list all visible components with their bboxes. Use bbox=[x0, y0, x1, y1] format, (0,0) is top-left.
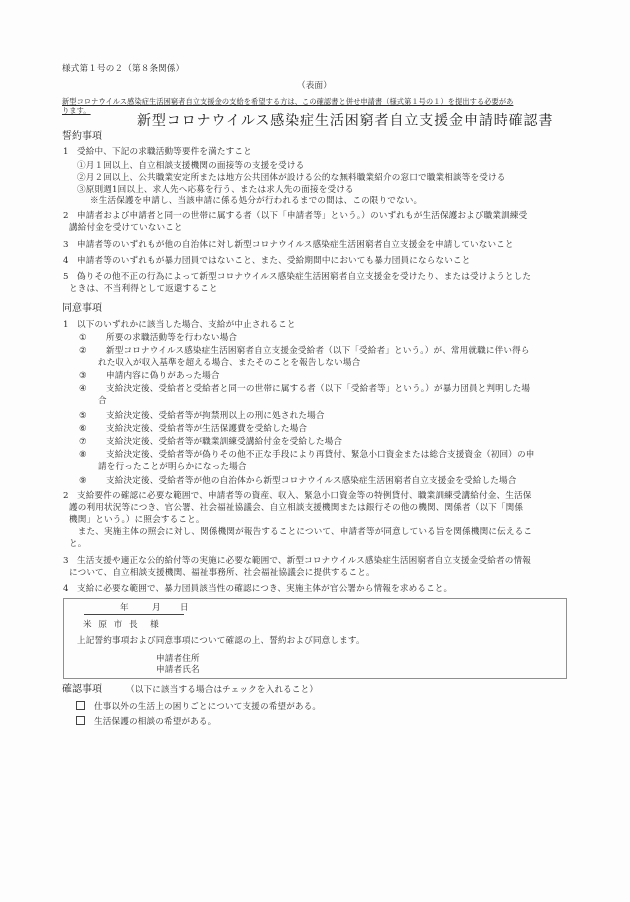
form-number: 様式第１号の２（第８条関係） bbox=[62, 64, 184, 75]
checkbox-item-1[interactable]: 仕事以外の生活上の困りごとについて支援の希望がある。 bbox=[76, 701, 321, 713]
consent-sub-7: 支給決定後、受給者等が職業訓練受講給付金を受給した場合 bbox=[106, 437, 342, 448]
consent-sub-2-mark: ② bbox=[79, 346, 87, 357]
pledge-item-1-num: 1 bbox=[63, 147, 69, 158]
applicant-address-label: 申請者住所 bbox=[156, 654, 200, 665]
consent-item-4-num: 4 bbox=[63, 584, 69, 595]
checkbox-2[interactable] bbox=[76, 716, 85, 725]
consent-item-2-line-4: また、実施主体の照会に対し、関係機関が報告することについて、申請者等が同意してい… bbox=[69, 527, 532, 538]
consent-sub-7-mark: ⑦ bbox=[79, 437, 87, 448]
consent-sub-8-line-1: 支給決定後、受給者等が偽りその他不正な手段により再貸付、緊急小口資金または総合支… bbox=[106, 450, 534, 461]
pledge-item-5-line-1: 偽りその他不正の行為によって新型コロナウイルス感染症生活困窮者自立支援金を受けた… bbox=[77, 272, 531, 283]
applicant-name-label: 申請者氏名 bbox=[156, 665, 200, 676]
consent-item-3-num: 3 bbox=[63, 556, 69, 567]
notice-line-2: ります。 bbox=[62, 106, 91, 115]
consent-sub-2-line-2: れた収入が収入基準を超える場合、またそのことを報告しない場合 bbox=[98, 358, 360, 369]
pledge-item-3: 申請者等のいずれもが他の自治体に対し新型コロナウイルス感染症生活困窮者自立支援金… bbox=[77, 240, 514, 251]
signature-box: 年 月 日 米 原 市 長 様 上記誓約事項および同意事項について確認の上、誓約… bbox=[63, 598, 567, 679]
pledge-item-1-sub-3: ③原則週1回以上、求人先へ応募を行う、または求人先の面接を受ける bbox=[77, 185, 354, 196]
consent-sub-9: 支給決定後、受給者等が他の自治体から新型コロナウイルス感染症生活困窮者自立支援金… bbox=[106, 476, 516, 487]
pledge-item-2-line-1: 申請者および申請者と同一の世帯に属する者（以下「申請者等」という。）のいずれもが… bbox=[77, 211, 527, 222]
consent-item-2-line-2: 護の利用状況等につき、官公署、社会福祉協議会、自立相談支援機関または銀行その他の… bbox=[69, 503, 523, 514]
pledge-item-3-num: 3 bbox=[63, 240, 69, 251]
confirmation-instruction: （以下に該当する場合はチェックを入れること） bbox=[126, 685, 318, 696]
confirmation-heading: 確認事項 bbox=[62, 684, 102, 696]
consent-sub-4-line-2: 合 bbox=[98, 396, 107, 407]
pledge-item-2-line-2: 講給付金を受けていないこと bbox=[69, 223, 183, 234]
consent-sub-8-mark: ⑧ bbox=[79, 450, 87, 461]
pledge-item-1: 受給中、下記の求職活動等要件を満たすこと bbox=[77, 147, 252, 158]
side-label: （表面） bbox=[297, 81, 332, 92]
pledge-item-4: 申請者等のいずれもが暴力団員ではないこと、また、受給期間中においても暴力団員にな… bbox=[77, 256, 470, 267]
consent-sub-9-mark: ⑨ bbox=[79, 476, 87, 487]
consent-sub-1: 所要の求職活動等を行わない場合 bbox=[106, 333, 237, 344]
checkbox-1[interactable] bbox=[76, 701, 85, 710]
date-year-label: 年 bbox=[120, 603, 129, 614]
consent-sub-2-line-1: 新型コロナウイルス感染症生活困窮者自立支援金受給者（以下「受給者」という。）が、… bbox=[106, 346, 530, 357]
consent-item-2-line-1: 支給要件の確認に必要な範囲で、申請者等の資産、収入、緊急小口資金等の特例貸付、職… bbox=[77, 491, 532, 502]
date-field[interactable]: 年 月 日 bbox=[84, 603, 184, 615]
consent-sub-3-mark: ③ bbox=[79, 371, 87, 382]
document-title: 新型コロナウイルス感染症生活困窮者自立支援金申請時確認書 bbox=[137, 113, 553, 129]
consent-heading: 同意事項 bbox=[62, 303, 102, 315]
consent-item-2-num: 2 bbox=[63, 491, 69, 502]
consent-item-1-num: 1 bbox=[63, 320, 69, 331]
pledge-item-1-sub-1: ①月１回以上、自立相談支援機関の面接等の支援を受ける bbox=[77, 161, 304, 172]
addressee: 米 原 市 長 様 bbox=[83, 620, 161, 631]
pledge-item-2-num: 2 bbox=[63, 211, 69, 222]
consent-item-3-line-1: 生活支援や適正な公的給付等の実施に必要な範囲で、新型コロナウイルス感染症生活困窮… bbox=[77, 556, 531, 567]
date-month-label: 月 bbox=[152, 603, 161, 614]
consent-sub-8-line-2: 請を行ったことが明らかになった場合 bbox=[98, 462, 247, 473]
pledge-item-1-sub-2: ②月２回以上、公共職業安定所または地方公共団体が設ける公的な無料職業紹介の窓口で… bbox=[77, 173, 505, 184]
checkbox-item-2[interactable]: 生活保護の相談の希望がある。 bbox=[76, 716, 216, 728]
pledge-item-4-num: 4 bbox=[63, 256, 69, 267]
consent-item-3-line-2: について、自立相談支援機関、福祉事務所、社会福祉協議会に提供すること。 bbox=[69, 568, 375, 579]
consent-sub-3: 申請内容に偽りがあった場合 bbox=[106, 371, 220, 382]
consent-sub-4-mark: ④ bbox=[79, 384, 87, 395]
consent-sub-6: 支給決定後、受給者等が生活保護費を受給した場合 bbox=[106, 424, 307, 435]
pledge-item-5-line-2: ときは、不当利得として返還すること bbox=[69, 284, 218, 295]
consent-item-2-line-3: 機関」という。）に照会すること。 bbox=[69, 515, 205, 526]
consent-sub-6-mark: ⑥ bbox=[79, 424, 87, 435]
notice-line-1: 新型コロナウイルス感染症生活困窮者自立支援金の支給を希望する方は、この確認書と併… bbox=[62, 97, 513, 106]
date-day-label: 日 bbox=[180, 603, 189, 614]
consent-sub-4-line-1: 支給決定後、受給者と受給者と同一の世帯に属する者（以下「受給者等」という。）が暴… bbox=[106, 384, 530, 395]
checkbox-2-label: 生活保護の相談の希望がある。 bbox=[94, 717, 216, 727]
pledge-heading: 誓約事項 bbox=[62, 131, 102, 143]
checkbox-1-label: 仕事以外の生活上の困りごとについて支援の希望がある。 bbox=[94, 702, 321, 712]
pledge-item-1-note: ※生活保護を申請し、当該申請に係る処分が行われるまでの間は、この限りでない。 bbox=[90, 196, 422, 207]
consent-sub-5: 支給決定後、受給者等が拘禁刑以上の刑に処された場合 bbox=[106, 411, 325, 422]
consent-sub-5-mark: ⑤ bbox=[79, 411, 87, 422]
document-page: 様式第１号の２（第８条関係） （表面） 新型コロナウイルス感染症生活困窮者自立支… bbox=[0, 0, 630, 902]
consent-item-1: 以下のいずれかに該当した場合、支給が中止されること bbox=[77, 320, 296, 331]
consent-item-4: 支給に必要な範囲で、暴力団員該当性の確認につき、実施主体が官公署から情報を求める… bbox=[77, 584, 452, 595]
consent-item-2-line-5: と。 bbox=[69, 539, 87, 550]
pledge-item-5-num: 5 bbox=[63, 272, 69, 283]
consent-statement: 上記誓約事項および同意事項について確認の上、誓約および同意します。 bbox=[77, 636, 365, 647]
consent-sub-1-mark: ① bbox=[79, 333, 87, 344]
